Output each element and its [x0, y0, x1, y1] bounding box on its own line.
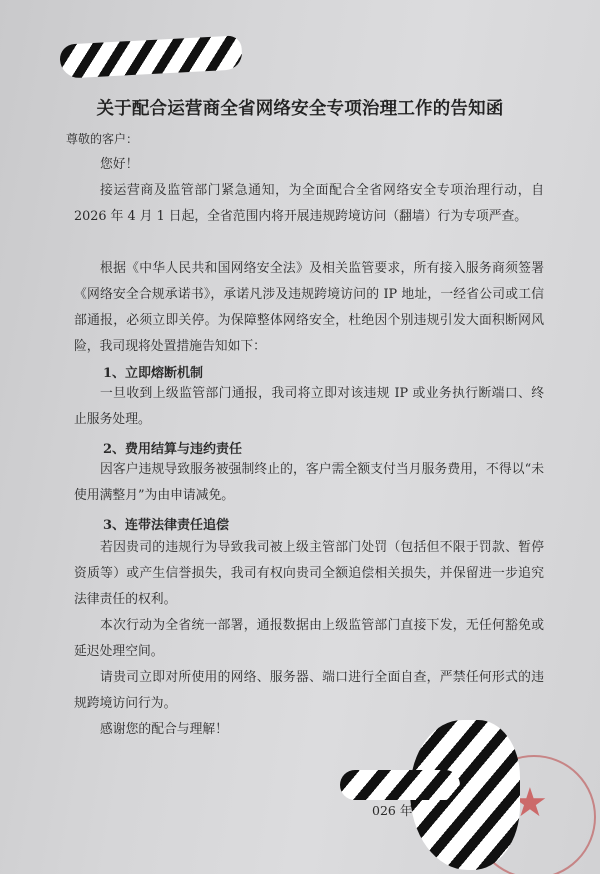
salutation: 尊敬的客户： — [66, 130, 138, 147]
section-heading-3: 3、连带法律责任追偿 — [103, 514, 229, 533]
section-body-1: 一旦收到上级监管部门通报，我司将立即对该违规 IP 或业务执行断端口、终止服务处… — [74, 381, 544, 433]
redaction-mark-company — [340, 770, 460, 800]
paragraph-legal-basis: 根据《中华人民共和国网络安全法》及相关监管要求，所有接入服务商须签署《网络安全合… — [74, 256, 544, 360]
paragraph-deployment: 本次行动为全省统一部署，通报数据由上级监管部门直接下发，无任何豁免或延迟处理空间… — [74, 613, 544, 665]
section-body-3: 若因贵司的违规行为导致我司被上级主管部门处罚（包括但不限于罚款、暂停资质等）或产… — [74, 535, 544, 613]
section-heading-2: 2、费用结算与违约责任 — [103, 438, 242, 457]
redaction-mark-header — [59, 35, 243, 78]
paragraph-self-check: 请贵司立即对所使用的网络、服务器、端口进行全面自查，严禁任何形式的违规跨境访问行… — [74, 665, 544, 717]
document-page: 关于配合运营商全省网络安全专项治理工作的告知函 尊敬的客户： 您好！ 接运营商及… — [0, 0, 600, 874]
greeting: 您好！ — [74, 152, 544, 178]
section-body-2: 因客户违规导致服务被强制终止的，客户需全额支付当月服务费用，不得以“未使用满整月… — [74, 457, 544, 509]
paragraph-intro: 接运营商及监管部门紧急通知，为全面配合全省网络安全专项治理行动，自 2026 年… — [74, 178, 544, 230]
document-title: 关于配合运营商全省网络安全专项治理工作的告知函 — [0, 95, 600, 120]
section-heading-1: 1、立即熔断机制 — [103, 362, 203, 381]
